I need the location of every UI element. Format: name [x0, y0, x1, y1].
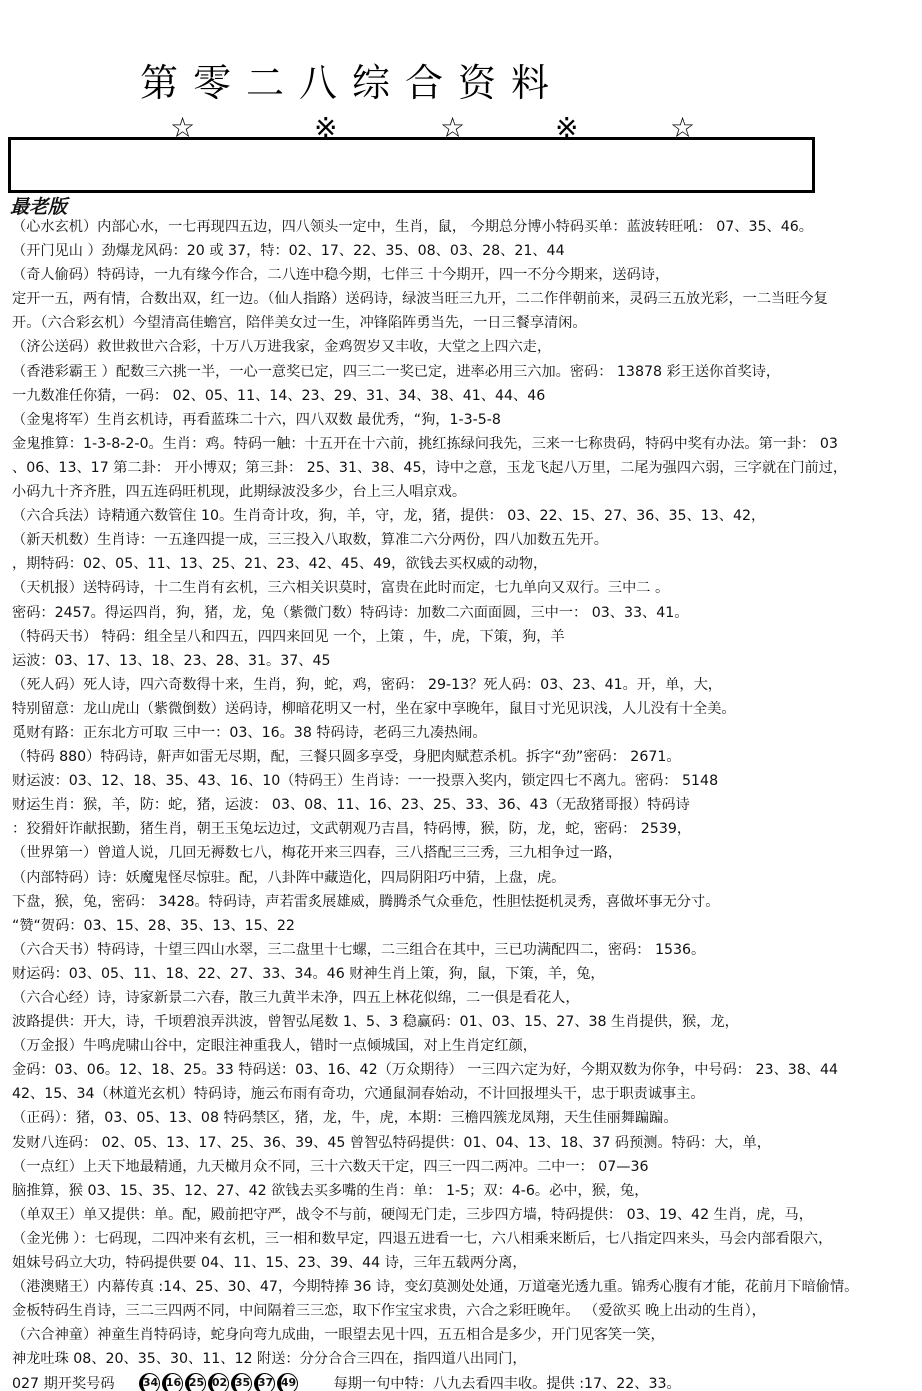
text-line: 特别留意：龙山虎山（紫微倒数）送码诗，柳暗花明又一村，坐在家中享晚年，鼠目寸光见…	[12, 697, 917, 721]
text-line: 财运码：03、05、11、18、22、27、33、34。46 财神生肖上策，狗，…	[12, 962, 917, 986]
lottery-ball-icon: 16	[162, 1373, 183, 1391]
text-line: （六合神童）神童生肖特码诗，蛇身向弯九成曲，一眼望去见十四，五五相合是多少，开门…	[12, 1323, 917, 1347]
lottery-ball-icon: 49	[277, 1373, 298, 1391]
text-line: 运波：03、17、13、18、23、28、31。37、45	[12, 649, 917, 673]
text-line: （新天机数）生肖诗：一五逢四提一成，三三投入八取数，算准二六分两份，四八加数五先…	[12, 528, 917, 552]
page-title: 第零二八综合资料	[140, 52, 564, 107]
text-line: 金码：03、06。12、18、25。33 特码送：03、16、42（万众期待） …	[12, 1058, 917, 1082]
text-line: （特码 880）特码诗，鼾声如雷无尽期，配，三餐只圆多享受，身肥肉赋惹杀机。拆字…	[12, 745, 917, 769]
blank-banner-box	[8, 137, 815, 193]
text-line: 姐妹号码立大功，特码提供要 04、11、15、23、39、44 诗，三年五载两分…	[12, 1251, 917, 1275]
text-line: （港澳赌王）内幕传真 :14、25、30、47，今期特捧 36 诗，变幻莫测处处…	[12, 1275, 917, 1299]
text-line: （天机报）送特码诗，十二生肖有玄机，三六相关识莫时，富贵在此时而定，七九单向又双…	[12, 576, 917, 600]
text-line: 开。（六合彩玄机）今望清高佳蟾宫，陪伴美女过一生，冲锋陷阵勇当先，一日三餐享清闲…	[12, 311, 917, 335]
text-line: 下盘，猴，兔，密码： 3428。特码诗，声若雷炙展雄威，腾腾杀气众垂危，性胆怯挺…	[12, 890, 917, 914]
text-line: （心水玄机）内部心水，一七再现四五边，四八领头一定中，生肖，鼠， 今期总分博小特…	[12, 215, 917, 239]
text-line: （单双王）单又提供：单。配，殿前把守严，战令不与前，硬闯无门走，三步四方墙，特码…	[12, 1203, 917, 1227]
lottery-ball-icon: 35	[231, 1373, 252, 1391]
text-line: “赞“贺码：03、15、28、35、13、15、22	[12, 914, 917, 938]
text-line: 金鬼推算：1-3-8-2-0。生肖：鸡。特码一触：十五开在十六前，挑红拣绿问我先…	[12, 432, 917, 456]
text-line: （六合天书）特码诗，十望三四山水翠，三二盘里十七螺，二三组合在其中，三已功满配四…	[12, 938, 917, 962]
text-line: （六合心经）诗，诗家新景二六春，散三九黄半未净，四五上林花似绵，二一俱是看花人，	[12, 986, 917, 1010]
text-line: （万金报）牛鸣虎啸山谷中，定眼注神重我人，错时一点倾城国，对上生肖定红颜，	[12, 1034, 917, 1058]
text-line: （金鬼将军）生肖玄机诗，再看蓝珠二十六，四八双数 最优秀，“狗，1-3-5-8	[12, 408, 917, 432]
lottery-ball-icon: 02	[208, 1373, 229, 1391]
text-line: （金光佛 ）：七码现，二四冲来有玄机，三一相和数早定，四退五进看一七，六八相乘来…	[12, 1227, 917, 1251]
text-line: 觅财有路：正东北方可取 三中一：03、16。38 特码诗，老码三九凑热闹。	[12, 721, 917, 745]
lottery-ball-icon: 25	[185, 1373, 206, 1391]
text-line: （奇人偷码）特码诗，一九有缘今作合，二八连中稳今期，七伴三 十今期开，四一不分今…	[12, 263, 917, 287]
text-line: ：狡猾奸诈献抿勤，猪生肖，朝王玉兔坛边过，文武朝观乃吉昌，特码博，猴，防，龙，蛇…	[12, 817, 917, 841]
lottery-ball-icon: 34	[139, 1373, 160, 1391]
text-line: 发财八连码： 02、05、13、17、25、36、39、45 曾智弘特码提供：0…	[12, 1131, 917, 1155]
text-line: （正码）：猪，03、05、13、08 特码禁区，猪，龙，牛，虎，本期：三檐四簇龙…	[12, 1106, 917, 1130]
text-line: 42、15、34（林道光玄机）特码诗，施云布雨有奇功，穴通鼠洞春始动，不计回报埋…	[12, 1082, 917, 1106]
text-line: 小码九十齐齐胜，四五连码旺机现，此期绿波没多少，台上三人唱京戏。	[12, 480, 917, 504]
draw-result-row: 027 期开奖号码34162502353749每期一句中特：八九去看四丰收。提供…	[12, 1372, 917, 1391]
text-line: 、06、13、17 第二卦： 开小博双；第三卦： 25、31、38、45，诗中之…	[12, 456, 917, 480]
draw-label: 027 期开奖号码	[12, 1372, 115, 1391]
text-line: （一点红）上天下地最精通，九天橄月众不同，三十六数天干定，四三一四二两冲。二中一…	[12, 1155, 917, 1179]
text-line: （世界第一）曾道人说，几回无褥数七八，梅花开来三四春，三八搭配三三秀，三九相争过…	[12, 841, 917, 865]
text-line: 波路提供：开大，诗，千顷碧浪弄洪波，曾智弘尾数 1、5、3 稳赢码：01、03、…	[12, 1010, 917, 1034]
draw-balls: 34162502353749	[139, 1373, 298, 1391]
text-line: （济公送码）救世救世六合彩，十万八万进我家，金鸡贺岁又丰收，大堂之上四六走，	[12, 335, 917, 359]
text-line: 财运生肖：猴，羊，防：蛇，猪，运波： 03、08、11、16、23、25、33、…	[12, 793, 917, 817]
document-body: （心水玄机）内部心水，一七再现四五边，四八领头一定中，生肖，鼠， 今期总分博小特…	[12, 215, 917, 1391]
text-line: （开门见山 ）劲爆龙风码：20 或 37，特：02、17、22、35、08、03…	[12, 239, 917, 263]
text-line: （特码天书） 特码：组全呈八和四五，四四来回见 一个，上策 ，牛，虎，下策，狗，…	[12, 625, 917, 649]
text-line: 神龙吐珠 08、20、35、30、11、12 附送：分分合合三四在，指四道八出同…	[12, 1347, 917, 1371]
text-line: 脑推算，猴 03、15、35、12、27、42 欲钱去买多嘴的生肖：单： 1-5…	[12, 1179, 917, 1203]
text-line: （死人码）死人诗，四六奇数得十来，生肖，狗，蛇，鸡，密码： 29-13？死人码：…	[12, 673, 917, 697]
text-line: ，期特码：02、05、11、13、25、21、23、42、45、49，欲钱去买权…	[12, 552, 917, 576]
text-line: （六合兵法）诗精通六数管住 10。生肖奇计攻，狗，羊，守，龙，猪，提供： 03、…	[12, 504, 917, 528]
text-line: 密码：2457。得运四肖，狗，猪，龙，兔（紫微门数）特码诗：加数二六面面圆，三中…	[12, 601, 917, 625]
text-line: 金板特码生肖诗，三二三四两不同，中间隔着三三恋，取下作宝宝求贵，六合之彩旺晚年。…	[12, 1299, 917, 1323]
text-line: 财运波：03、12、18、35、43、16、10（特码王）生肖诗：一一投票入奖内…	[12, 769, 917, 793]
draw-tail-text: 每期一句中特：八九去看四丰收。提供 :17、22、33。	[334, 1372, 681, 1391]
text-line: 一九数准任你猜，一码： 02、05、11、14、23、29、31、34、38、4…	[12, 384, 917, 408]
text-line: 定开一五，两有情，合数出双，红一边。（仙人指路）送码诗，绿波当旺三九开，二二作伴…	[12, 287, 917, 311]
text-line: （内部特码）诗：妖魔鬼怪尽惊驻。配，八卦阵中藏造化，四局阴阳巧中猜，上盘，虎。	[12, 866, 917, 890]
lottery-ball-icon: 37	[254, 1373, 275, 1391]
text-line: （香港彩霸王 ）配数三六挑一半，一心一意奖已定，四三二一奖已定，进率必用三六加。…	[12, 360, 917, 384]
